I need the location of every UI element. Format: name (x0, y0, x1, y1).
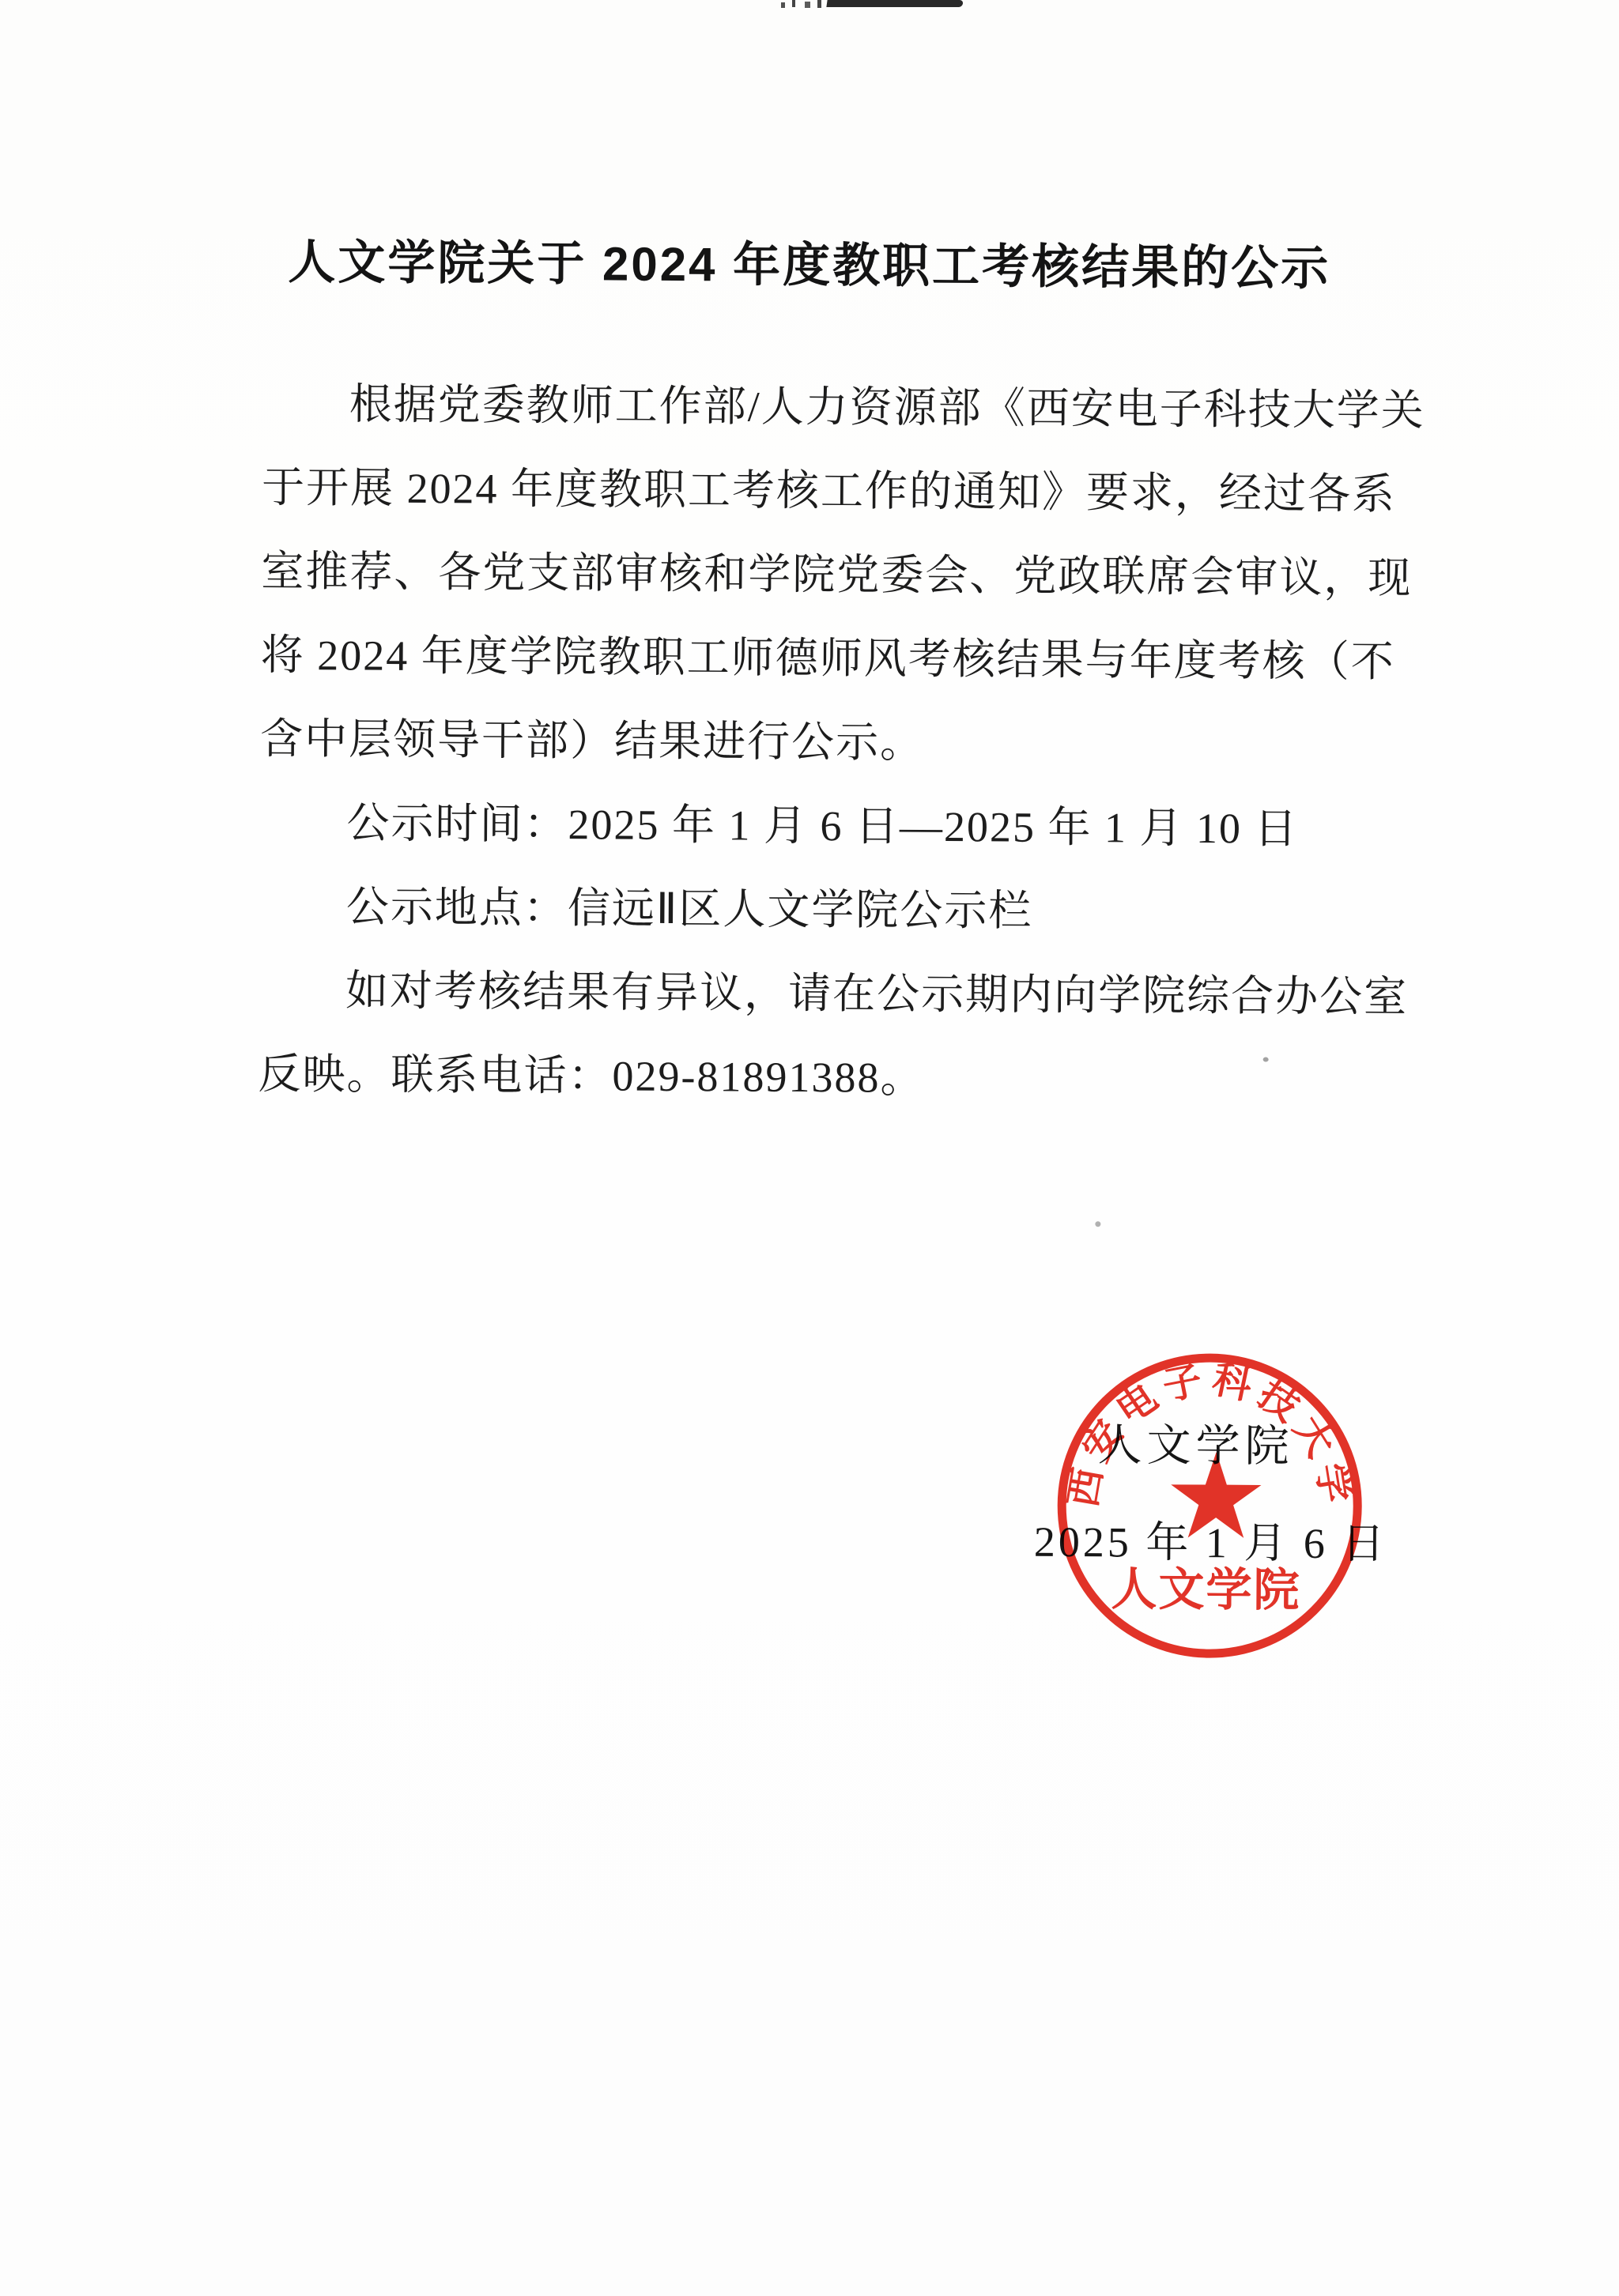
seal-bottom-text: 人文学院 (1111, 1563, 1300, 1615)
body-line: 含中层领导干部）结果进行公示。 (260, 697, 1421, 788)
body-line-publicity-location: 公示地点：信远Ⅱ区人文学院公示栏 (259, 865, 1420, 956)
document-content: 人文学院关于 2024 年度教职工考核结果的公示 根据党委教师工作部/人力资源部… (0, 0, 1619, 2296)
scanned-document-page: 人文学院关于 2024 年度教职工考核结果的公示 根据党委教师工作部/人力资源部… (0, 0, 1619, 2296)
official-seal: 西安电子科技大学 人文学院 (1043, 1339, 1377, 1673)
seal-star-icon (1171, 1452, 1262, 1538)
body-line: 根据党委教师工作部/人力资源部《西安电子科技大学关 (262, 362, 1423, 453)
body-line: 将 2024 年度学院教职工师德师风考核结果与年度考核（不 (260, 613, 1421, 704)
body-line: 于开展 2024 年度教职工考核工作的通知》要求，经过各系 (262, 446, 1423, 537)
body-line: 如对考核结果有异议，请在公示期内向学院综合办公室 (259, 948, 1420, 1039)
body-line-contact-phone: 反映。联系电话：029-81891388。 (258, 1032, 1419, 1123)
scan-speck (1095, 1221, 1100, 1227)
scan-speck (1263, 1058, 1269, 1062)
body-line-publicity-time: 公示时间：2025 年 1 月 6 日—2025 年 1 月 10 日 (259, 781, 1421, 872)
body-line: 室推荐、各党支部审核和学院党委会、党政联席会审议，现 (261, 530, 1422, 620)
document-body: 根据党委教师工作部/人力资源部《西安电子科技大学关 于开展 2024 年度教职工… (258, 362, 1423, 1123)
page-title: 人文学院关于 2024 年度教职工考核结果的公示 (0, 223, 1619, 301)
